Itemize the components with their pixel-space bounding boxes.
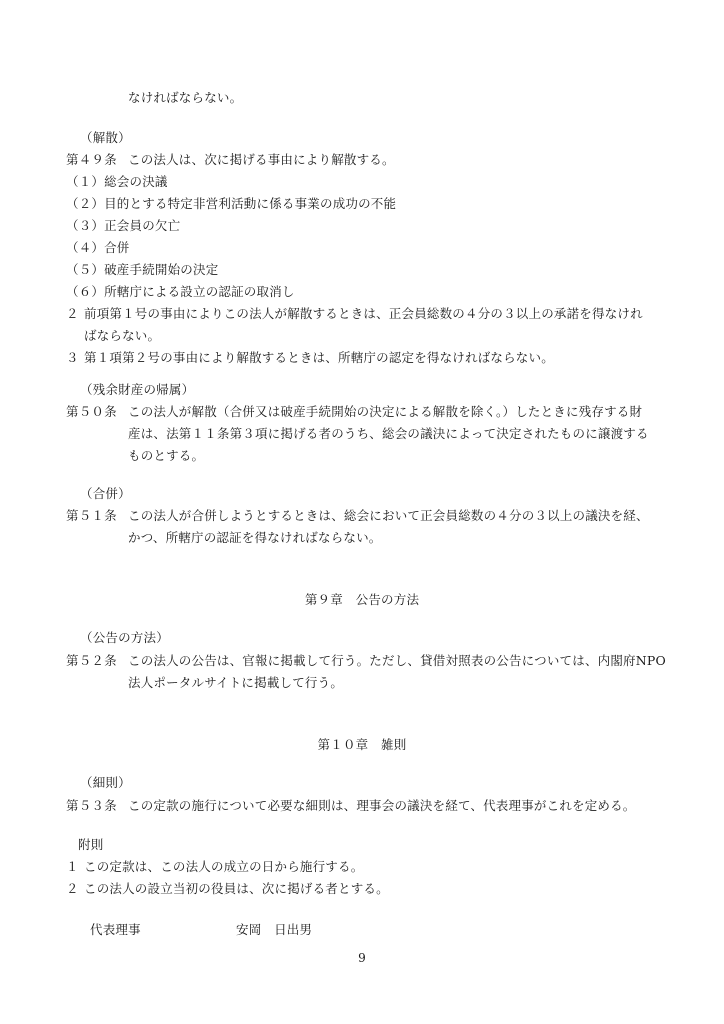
page-number: 9 [0, 948, 724, 968]
article-50-line-2: 産は、法第１１条第３項に掲げる者のうち、総会の議決によって決定されたものに譲渡す… [128, 424, 649, 444]
article-51-line-2: かつ、所轄庁の認証を得なければならない。 [128, 528, 382, 548]
officer-name: 安岡 日出男 [236, 920, 312, 940]
article-49-item-2: （２）目的とする特定非営利活動に係る事業の成功の不能 [66, 194, 396, 214]
article-52-number: 第５２条 [66, 651, 117, 671]
article-50-number: 第５０条 [66, 402, 117, 422]
supplementary-para-1-text: この定款は、この法人の成立の日から施行する。 [84, 857, 363, 877]
article-49-para-3-number: ３ [66, 348, 79, 368]
article-49-item-1: （１）総会の決議 [66, 172, 168, 192]
article-52-line-2: 法人ポータルサイトに掲載して行う。 [128, 673, 343, 693]
article-49-item-4: （４）合併 [66, 238, 130, 258]
article-49-number: 第４９条 [66, 150, 117, 170]
article-49-para-3-text: 第１項第２号の事由により解散するときは、所轄庁の認定を得なければならない。 [84, 348, 554, 368]
chapter-10-title: 第１０章 雑則 [0, 735, 724, 755]
officer-role: 代表理事 [90, 920, 141, 940]
document-page: なければならない。 （解散） 第４９条 この法人は、次に掲げる事由により解散する… [0, 0, 724, 1024]
article-51-line-1: この法人が合併しようとするときは、総会において正会員総数の４分の３以上の議決を経… [128, 506, 649, 526]
article-49-item-6: （６）所轄庁による設立の認証の取消し [66, 282, 295, 302]
article-50-line-1: この法人が解散（合併又は破産手続開始の決定による解散を除く。）したときに残存する… [128, 402, 642, 422]
supplementary-para-1-number: １ [66, 857, 79, 877]
article-52-caption: （公告の方法） [80, 628, 169, 648]
article-49-caption: （解散） [80, 128, 131, 148]
article-49-item-3: （３）正会員の欠亡 [66, 216, 180, 236]
article-50-caption: （残余財産の帰属） [80, 380, 194, 400]
supplementary-para-2-number: ２ [66, 879, 79, 899]
article-49-para-2-line-2: ばならない。 [84, 326, 160, 346]
chapter-9-title: 第９章 公告の方法 [0, 590, 724, 610]
article-53-text: この定款の施行について必要な細則は、理事会の議決を経て、代表理事がこれを定める。 [128, 796, 636, 816]
article-53-caption: （細則） [80, 773, 131, 793]
article-49-para-2-line-1: 前項第１号の事由によりこの法人が解散するときは、正会員総数の４分の３以上の承諾を… [84, 304, 643, 324]
article-49-item-5: （５）破産手続開始の決定 [66, 260, 218, 280]
supplementary-para-2-text: この法人の設立当初の役員は、次に掲げる者とする。 [84, 879, 389, 899]
article-49-text: この法人は、次に掲げる事由により解散する。 [128, 150, 395, 170]
article-51-number: 第５１条 [66, 506, 117, 526]
supplementary-heading: 附則 [78, 835, 103, 855]
article-50-line-3: ものとする。 [128, 446, 204, 466]
article-49-para-2-number: ２ [66, 304, 79, 324]
article-52-line-1: この法人の公告は、官報に掲載して行う。ただし、貸借対照表の公告については、内閣府… [128, 651, 666, 671]
article-53-number: 第５３条 [66, 796, 117, 816]
continuation-line: なければならない。 [128, 88, 242, 108]
article-51-caption: （合併） [80, 484, 131, 504]
